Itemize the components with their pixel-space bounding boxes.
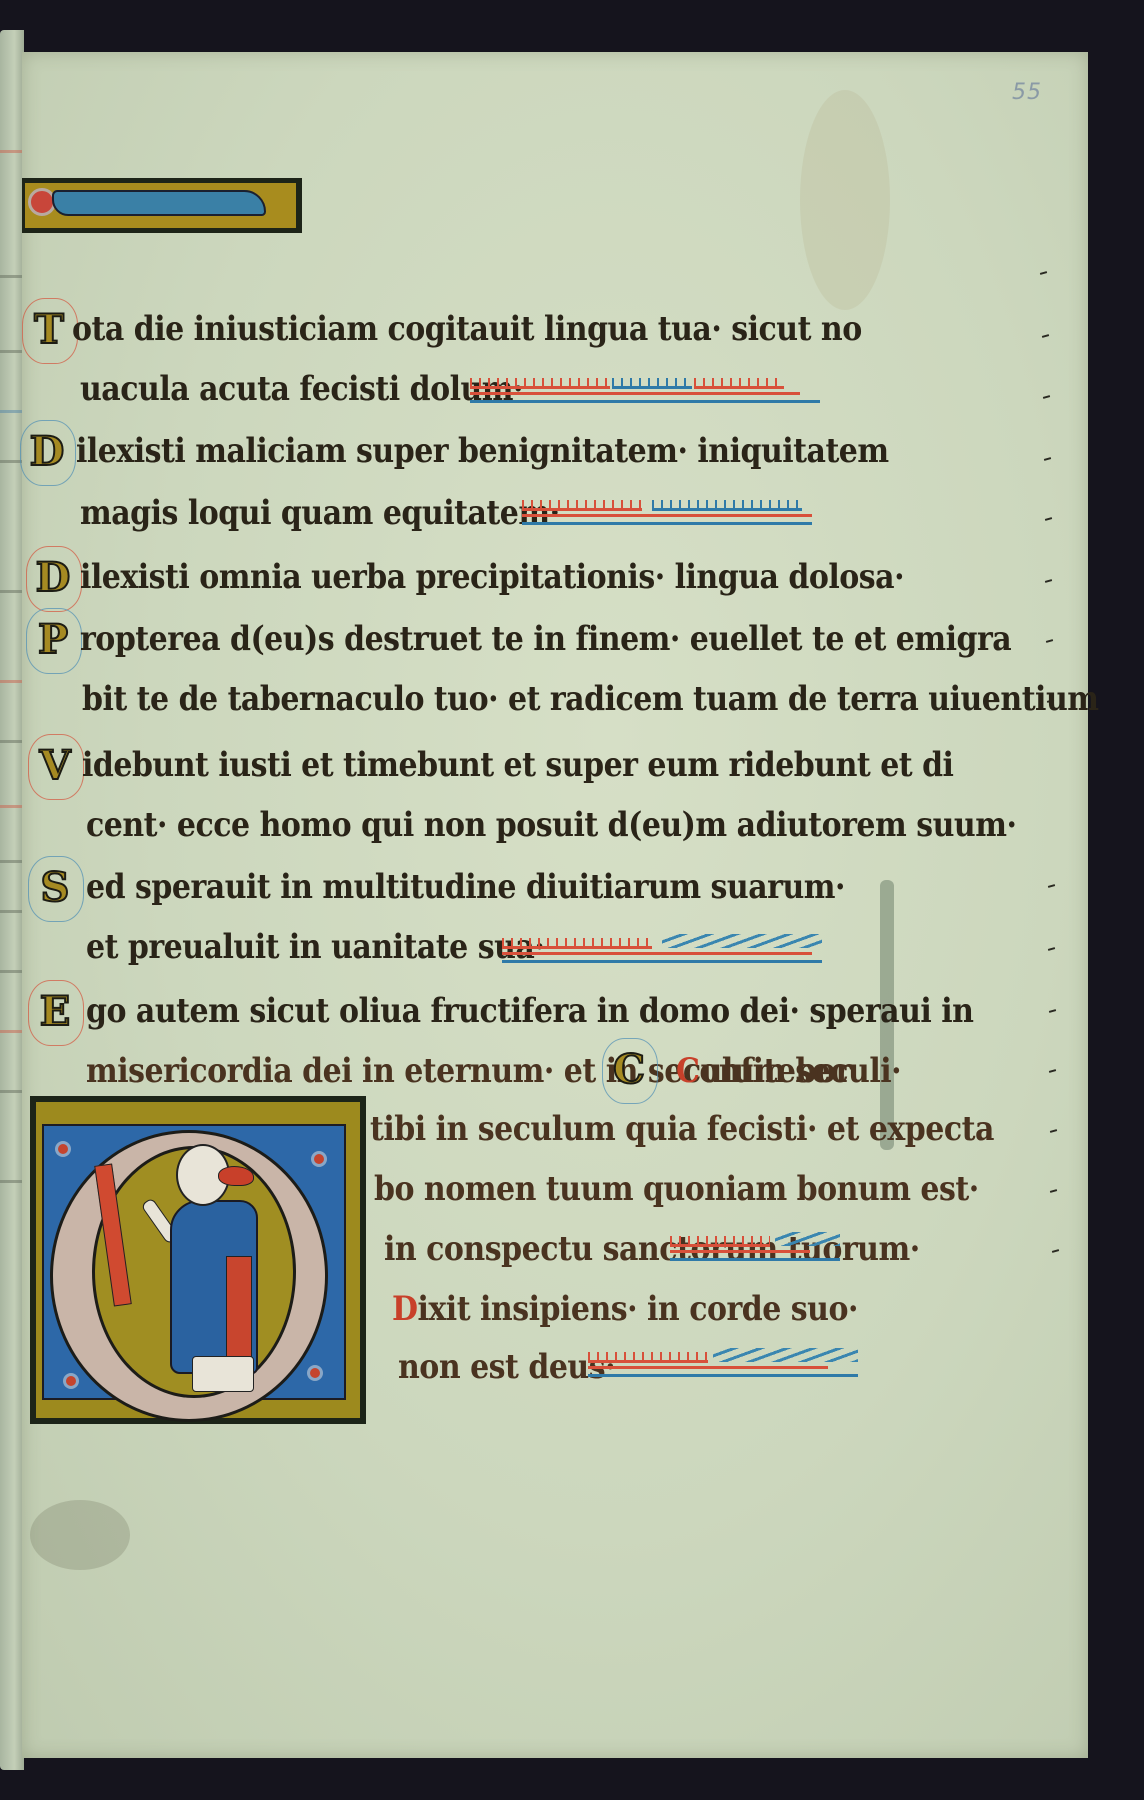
food-icon xyxy=(218,1166,254,1186)
line-filler xyxy=(502,938,822,960)
initial-C: C xyxy=(610,1048,648,1092)
facing-page-edge xyxy=(0,30,24,1770)
text-line-18: non est deus· xyxy=(398,1348,615,1387)
initial-T: T xyxy=(30,308,68,352)
line-filler xyxy=(522,500,812,522)
text-line-5: ilexisti omnia uerba precipitationis· li… xyxy=(80,558,904,597)
parchment-stain xyxy=(800,90,890,310)
line-filler xyxy=(588,1352,858,1374)
text-line-1: ota die iniusticiam cogitauit lingua tua… xyxy=(72,310,862,349)
text-line-10: ed sperauit in multitudine diuitiarum su… xyxy=(86,868,845,907)
initial-P: P xyxy=(34,618,72,662)
initial-V: V xyxy=(36,744,74,788)
line-filler xyxy=(470,378,820,400)
line-filler-dragon-bar xyxy=(22,178,302,233)
initial-D: D xyxy=(28,430,66,474)
text-line-12: go autem sicut oliua fructifera in domo … xyxy=(86,992,973,1031)
text-line-17: Dixit insipiens· in corde suo· xyxy=(392,1290,858,1329)
text-line-2: uacula acuta fecisti dolum· xyxy=(80,370,523,409)
text-line-8: idebunt iusti et timebunt et super eum r… xyxy=(82,746,953,785)
text-line-3: ilexisti maliciam super benignitatem· in… xyxy=(76,432,889,471)
initial-D: D xyxy=(34,556,72,600)
text-line-14: tibi in seculum quia fecisti· et expecta xyxy=(370,1110,994,1149)
historiated-initial-D xyxy=(30,1096,366,1424)
text-line-13-psalm-start: Confitebor xyxy=(676,1052,851,1091)
margin-stain xyxy=(30,1500,130,1570)
text-line-9: cent· ecce homo qui non posuit d(eu)m ad… xyxy=(86,806,1016,845)
text-line-11: et preualuit in uanitate sua· xyxy=(86,928,544,967)
text-line-6: ropterea d(eu)s destruet te in finem· eu… xyxy=(80,620,1011,659)
folio-number: 55 xyxy=(1012,80,1042,105)
initial-E: E xyxy=(36,990,74,1034)
text-line-7: bit te de tabernaculo tuo· et radicem tu… xyxy=(82,680,1099,719)
text-line-4: magis loqui quam equitatem· xyxy=(80,494,560,533)
text-line-15: bo nomen tuum quoniam bonum est· xyxy=(374,1170,979,1209)
initial-S: S xyxy=(36,866,74,910)
line-filler xyxy=(670,1236,840,1258)
